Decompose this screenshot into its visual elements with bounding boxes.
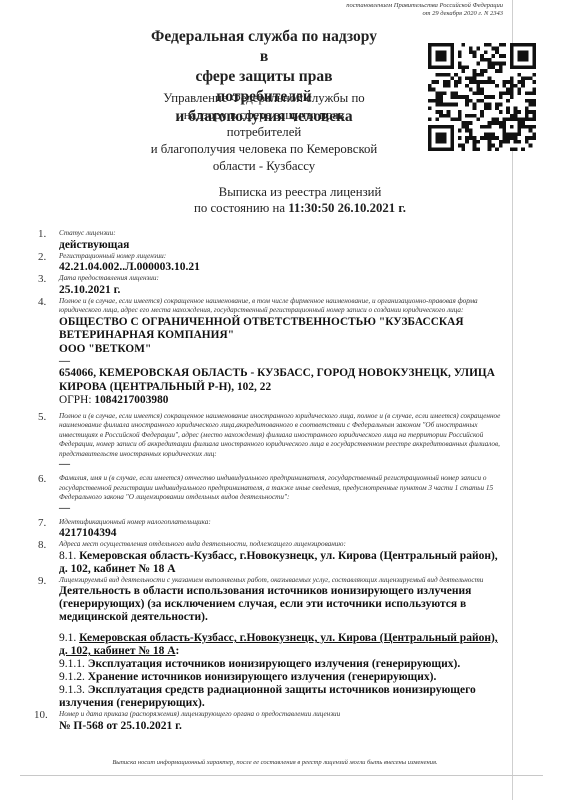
field-label: Статус лицензии: [59, 229, 508, 239]
field-number: 4. [38, 297, 46, 308]
scan-fold-line-horizontal [20, 775, 543, 776]
ogrn-label: ОГРН: [59, 394, 94, 406]
agency-title-line: Федеральная служба по надзору в [148, 27, 380, 67]
sub-number: 9.1. [59, 632, 76, 644]
company-full-name: ОБЩЕСТВО С ОГРАНИЧЕННОЙ ОТВЕТСТВЕННОСТЬЮ… [59, 316, 508, 343]
sub-number: 8.1. [59, 550, 76, 562]
work-item: Хранение источников ионизирующего излуче… [88, 671, 437, 683]
field-activity-addresses: 8. Адреса мест осуществления отдельного … [38, 540, 508, 576]
empty-dash: — [59, 356, 508, 367]
company-address: 654066, КЕМЕРОВСКАЯ ОБЛАСТЬ - КУЗБАСС, Г… [59, 367, 508, 394]
foreign-entity-value: — [59, 459, 508, 470]
field-number: 8. [38, 540, 46, 551]
field-number: 2. [38, 252, 46, 263]
sub-number: 9.1.2. [59, 671, 85, 683]
sub-number: 9.1.3. [59, 684, 85, 696]
license-fields: 1. Статус лицензии: действующая 2. Регис… [38, 229, 508, 733]
inn-value: 4217104394 [59, 527, 508, 540]
qr-code-icon [428, 43, 536, 151]
field-individual-entrepreneur: 6. Фамилия, имя и (в случае, если имеетс… [38, 474, 508, 514]
extract-title: Выписка из реестра лицензий [150, 184, 450, 200]
licensed-activity-description: Деятельность в области использования ист… [59, 585, 508, 624]
field-label: Номер и дата приказа (распоряжения) лице… [59, 710, 508, 720]
department-line: области - Кузбассу [148, 158, 380, 175]
field-order-number: 10. Номер и дата приказа (распоряжения) … [38, 710, 508, 733]
field-label: Регистрационный номер лицензии: [59, 252, 508, 262]
entrepreneur-value: — [59, 503, 508, 514]
field-number: 6. [38, 474, 46, 485]
field-foreign-entity: 5. Полное и (в случае, если имеется) сок… [38, 412, 508, 471]
extract-heading: Выписка из реестра лицензий по состоянию… [150, 184, 450, 216]
registration-number-value: 42.21.04.002..Л.000003.10.21 [59, 261, 508, 274]
field-inn: 7. Идентификационный номер налогоплатель… [38, 518, 508, 541]
field-licensed-activity: 9. Лицензируемый вид деятельности с указ… [38, 576, 508, 711]
department-line: надзору в сфере защиты прав потребителей [148, 107, 380, 141]
order-number-value: № П-568 от 25.10.2021 г. [59, 720, 508, 733]
field-registration-number: 2. Регистрационный номер лицензии: 42.21… [38, 252, 508, 275]
field-label: Фамилия, имя и (в случае, если имеется) … [59, 474, 508, 503]
disclaimer-note: Выписка носит информационный характер, п… [40, 759, 510, 767]
issue-date-value: 25.10.2021 г. [59, 284, 508, 297]
department-line: и благополучия человека по Кемеровской [148, 141, 380, 158]
field-number: 5. [38, 412, 46, 423]
license-status-value: действующая [59, 239, 508, 252]
field-number: 1. [38, 229, 46, 240]
extract-date-prefix: по состоянию на [194, 201, 288, 215]
field-label: Полное и (в случае, если имеется) сокращ… [59, 297, 508, 316]
field-number: 9. [38, 576, 46, 587]
agency-department: Управление Федеральной службы по надзору… [148, 90, 380, 175]
activity-site-address: Кемеровская область-Кузбасс, г.Новокузне… [59, 632, 498, 657]
sub-number: 9.1.1. [59, 658, 85, 670]
field-label: Адреса мест осуществления отдельного вид… [59, 540, 508, 550]
field-label: Идентификационный номер налогоплательщик… [59, 518, 508, 528]
resolution-line-1: постановлением Правительства Российской … [346, 2, 503, 10]
field-number: 10. [34, 710, 48, 721]
ogrn-value: 1084217003980 [94, 394, 168, 406]
field-issue-date: 3. Дата предоставления лицензии: 25.10.2… [38, 274, 508, 297]
company-short-name: ООО "ВЕТКОМ" [59, 343, 508, 357]
extract-timestamp: 11:30:50 26.10.2021 г. [288, 201, 406, 215]
field-label: Полное и (в случае, если имеется) сокращ… [59, 412, 508, 460]
work-item: Эксплуатация источников ионизирующего из… [88, 658, 460, 670]
address-suffix: : [176, 645, 180, 657]
field-legal-entity: 4. Полное и (в случае, если имеется) сок… [38, 297, 508, 408]
department-line: Управление Федеральной службы по [148, 90, 380, 107]
resolution-reference: постановлением Правительства Российской … [346, 2, 503, 18]
field-label: Дата предоставления лицензии: [59, 274, 508, 284]
field-label: Лицензируемый вид деятельности с указани… [59, 576, 508, 586]
extract-date-line: по состоянию на 11:30:50 26.10.2021 г. [150, 200, 450, 216]
field-number: 3. [38, 274, 46, 285]
work-item: Эксплуатация средств радиационной защиты… [59, 684, 476, 709]
activity-address: Кемеровская область-Кузбасс, г.Новокузне… [59, 550, 498, 575]
field-license-status: 1. Статус лицензии: действующая [38, 229, 508, 252]
resolution-line-2: от 29 декабря 2020 г. N 2343 [346, 10, 503, 18]
field-number: 7. [38, 518, 46, 529]
